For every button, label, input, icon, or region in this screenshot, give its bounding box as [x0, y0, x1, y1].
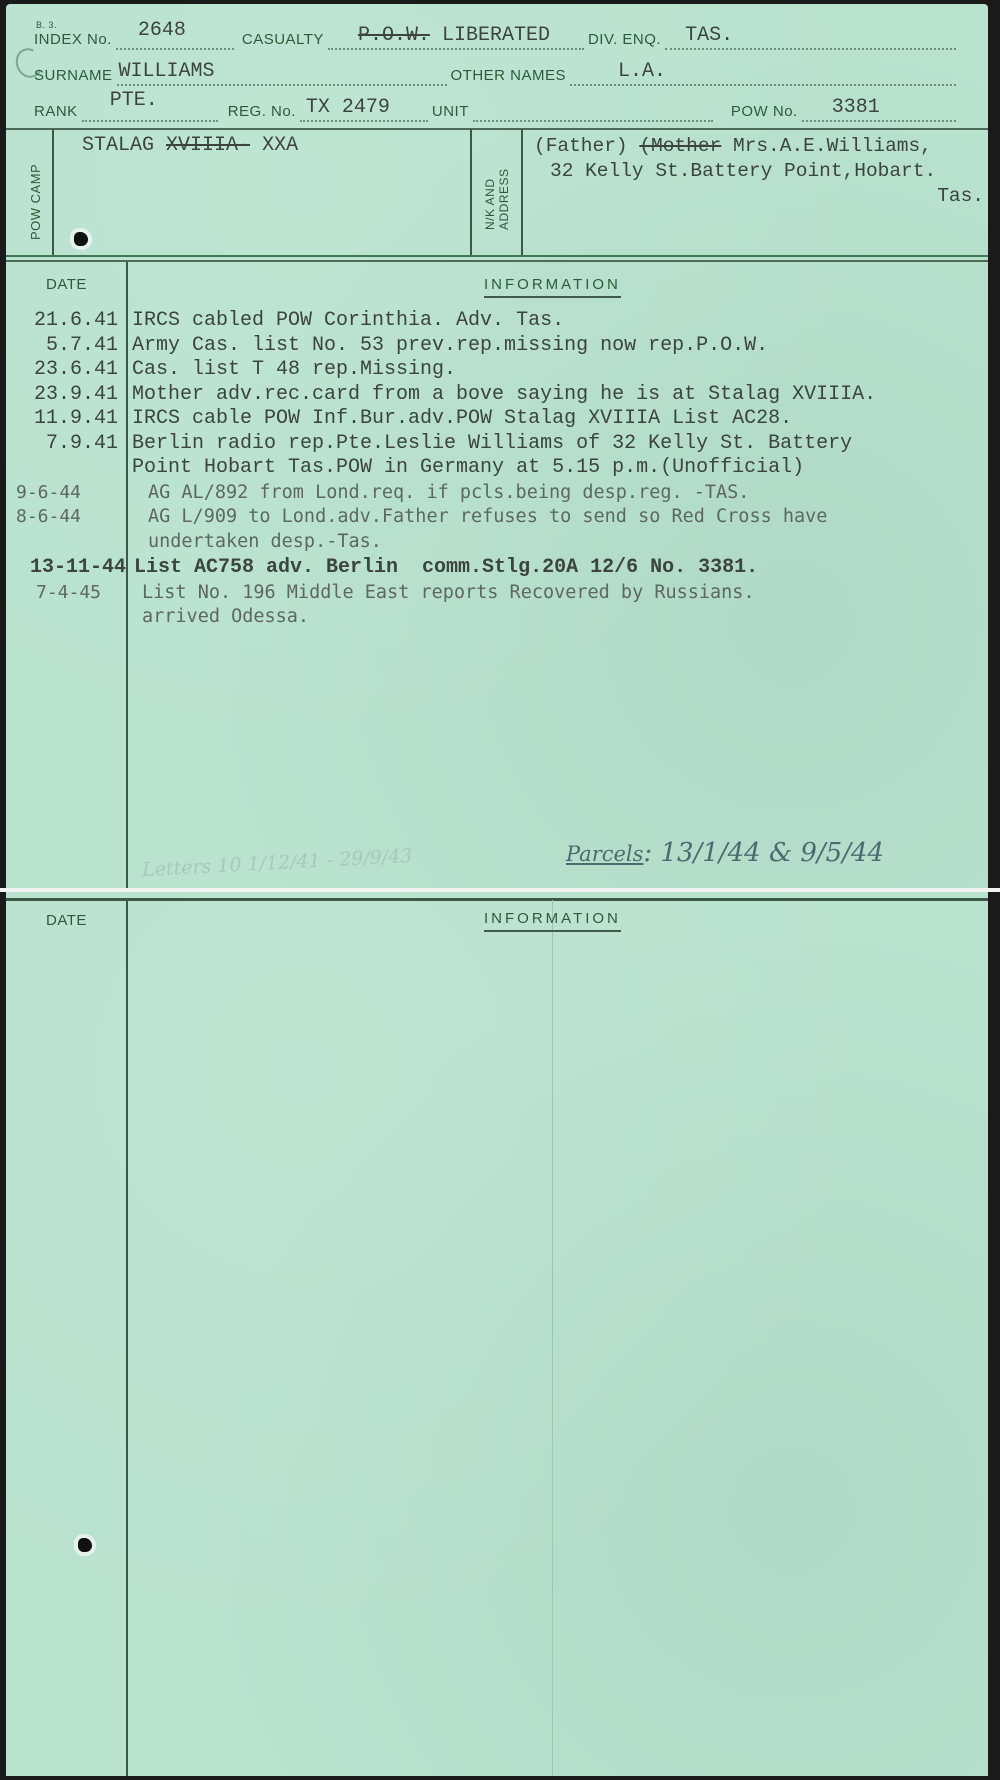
- entry-date: 13-11-44: [6, 556, 130, 581]
- pow-no-value: 3381: [832, 96, 880, 119]
- back-punch-hole: [78, 1538, 92, 1552]
- div-enq-field: TAS.: [665, 24, 956, 50]
- entry-text: AG AL/892 from Lond.req. if pcls.being d…: [124, 481, 749, 506]
- rank-label: RANK: [34, 103, 78, 122]
- surname-field: WILLIAMS: [117, 60, 447, 86]
- div-enq-label: DIV. ENQ.: [588, 31, 661, 50]
- casualty-card-back: DATE INFORMATION: [6, 892, 988, 1776]
- entry-date: 7-4-45: [6, 581, 124, 630]
- pow-camp-current: XXA: [262, 134, 298, 157]
- entry-text: Berlin radio rep.Pte.Leslie Williams of …: [124, 432, 852, 481]
- casualty-current-value: LIBERATED: [442, 24, 550, 47]
- divider-double-2: [6, 260, 988, 262]
- nok-label: N/K AND ADDRESS: [483, 168, 511, 230]
- entry-row: 7.9.41 Berlin radio rep.Pte.Leslie Willi…: [6, 432, 988, 481]
- punch-hole: [74, 232, 88, 246]
- pow-camp-label: POW CAMP: [28, 164, 43, 240]
- surname-value: WILLIAMS: [119, 60, 215, 83]
- pow-camp-value: STALAG XVIIIA- XXA: [82, 134, 298, 157]
- back-information-header: INFORMATION: [484, 910, 621, 932]
- entry-row: 8-6-44 AG L/909 to Lond.adv.Father refus…: [6, 505, 988, 554]
- back-date-column-divider: [126, 900, 128, 1776]
- entry-date: 11.9.41: [6, 407, 124, 432]
- nok-line-1: (Father) (Mother Mrs.A.E.Williams,: [534, 134, 984, 159]
- entry-row: 5.7.41 Army Cas. list No. 53 prev.rep.mi…: [6, 334, 988, 359]
- casualty-label: CASUALTY: [242, 31, 324, 50]
- other-names-field: L.A.: [570, 60, 956, 86]
- casualty-value: P.O.W. LIBERATED: [358, 24, 550, 47]
- nok-divider-left: [470, 129, 472, 255]
- parcels-note: Parcels: 13/1/44 & 9/5/44: [566, 838, 884, 868]
- back-date-header: DATE: [46, 912, 87, 929]
- rank-field: PTE.: [82, 96, 218, 122]
- entry-date: 21.6.41: [6, 309, 124, 334]
- header-row-3: RANK PTE. REG. No. TX 2479 UNIT POW No. …: [34, 96, 960, 122]
- casualty-struck-value: P.O.W.: [358, 24, 430, 47]
- entry-date: 23.9.41: [6, 383, 124, 408]
- entry-date: 5.7.41: [6, 334, 124, 359]
- entry-text: Army Cas. list No. 53 prev.rep.missing n…: [124, 334, 768, 359]
- other-names-label: OTHER NAMES: [451, 67, 567, 86]
- entry-text: Mother adv.rec.card from a bove saying h…: [124, 383, 876, 408]
- card-fold-line: [552, 900, 553, 1776]
- reg-no-value: TX 2479: [306, 96, 390, 119]
- nok-label-line1: N/K AND: [483, 168, 497, 230]
- entry-text: IRCS cable POW Inf.Bur.adv.POW Stalag XV…: [124, 407, 792, 432]
- back-top-rule: [6, 898, 988, 901]
- divider-double-1: [6, 255, 988, 257]
- entry-row: 9-6-44 AG AL/892 from Lond.req. if pcls.…: [6, 481, 988, 506]
- entry-row: 7-4-45 List No. 196 Middle East reports …: [6, 581, 988, 630]
- index-no-field: 2648: [116, 24, 234, 50]
- reg-no-label: REG. No.: [228, 103, 296, 122]
- pow-no-label: POW No.: [731, 103, 798, 122]
- header-row-2: SURNAME WILLIAMS OTHER NAMES L.A.: [34, 60, 960, 86]
- pow-no-field: 3381: [802, 96, 956, 122]
- other-names-value: L.A.: [618, 60, 666, 83]
- entry-text: Cas. list T 48 rep.Missing.: [124, 358, 456, 383]
- entry-date: 8-6-44: [6, 505, 124, 554]
- nok-divider-right: [521, 129, 523, 255]
- entry-text: IRCS cabled POW Corinthia. Adv. Tas.: [124, 309, 564, 334]
- entry-date: 9-6-44: [6, 481, 124, 506]
- unit-field: [473, 96, 713, 122]
- nok-address: (Father) (Mother Mrs.A.E.Williams, 32 Ke…: [534, 134, 984, 209]
- casualty-field: P.O.W. LIBERATED: [328, 24, 584, 50]
- pow-camp-prefix: STALAG: [82, 134, 154, 157]
- unit-label: UNIT: [432, 103, 469, 122]
- parcels-label: Parcels: [566, 842, 643, 866]
- entry-row: 21.6.41 IRCS cabled POW Corinthia. Adv. …: [6, 309, 988, 334]
- div-enq-value: TAS.: [685, 24, 733, 47]
- nok-line-3: Tas.: [534, 184, 984, 209]
- header-row-1: INDEX No. 2648 CASUALTY P.O.W. LIBERATED…: [34, 24, 960, 50]
- parcels-dates: : 13/1/44 & 9/5/44: [643, 838, 884, 868]
- nok-line-2: 32 Kelly St.Battery Point,Hobart.: [534, 159, 984, 184]
- entry-row: 23.9.41 Mother adv.rec.card from a bove …: [6, 383, 988, 408]
- entry-text: AG L/909 to Lond.adv.Father refuses to s…: [124, 505, 827, 554]
- information-entries: 21.6.41 IRCS cabled POW Corinthia. Adv. …: [6, 309, 988, 630]
- rank-value: PTE.: [110, 89, 158, 112]
- entry-date: 23.6.41: [6, 358, 124, 383]
- entry-row: 13-11-44 List AC758 adv. Berlin comm.Stl…: [6, 556, 988, 581]
- camp-label-divider: [52, 129, 54, 255]
- entry-row: 11.9.41 IRCS cable POW Inf.Bur.adv.POW S…: [6, 407, 988, 432]
- surname-label: SURNAME: [34, 67, 113, 86]
- information-header: INFORMATION: [484, 276, 621, 298]
- index-no-value: 2648: [138, 19, 186, 42]
- casualty-card-front: B. 3. INDEX No. 2648 CASUALTY P.O.W. LIB…: [6, 4, 988, 888]
- index-no-label: INDEX No.: [34, 31, 112, 50]
- entry-date: 7.9.41: [6, 432, 124, 481]
- reg-no-field: TX 2479: [300, 96, 428, 122]
- entry-text: List No. 196 Middle East reports Recover…: [124, 581, 755, 630]
- entry-text: List AC758 adv. Berlin comm.Stlg.20A 12/…: [130, 556, 758, 581]
- divider-top: [6, 128, 988, 130]
- letters-note: Letters 10 1/12/41 - 29/9/43: [142, 845, 413, 881]
- date-header: DATE: [46, 276, 87, 293]
- nok-label-line2: ADDRESS: [497, 168, 511, 230]
- pow-camp-struck: XVIIIA-: [166, 134, 250, 157]
- entry-row: 23.6.41 Cas. list T 48 rep.Missing.: [6, 358, 988, 383]
